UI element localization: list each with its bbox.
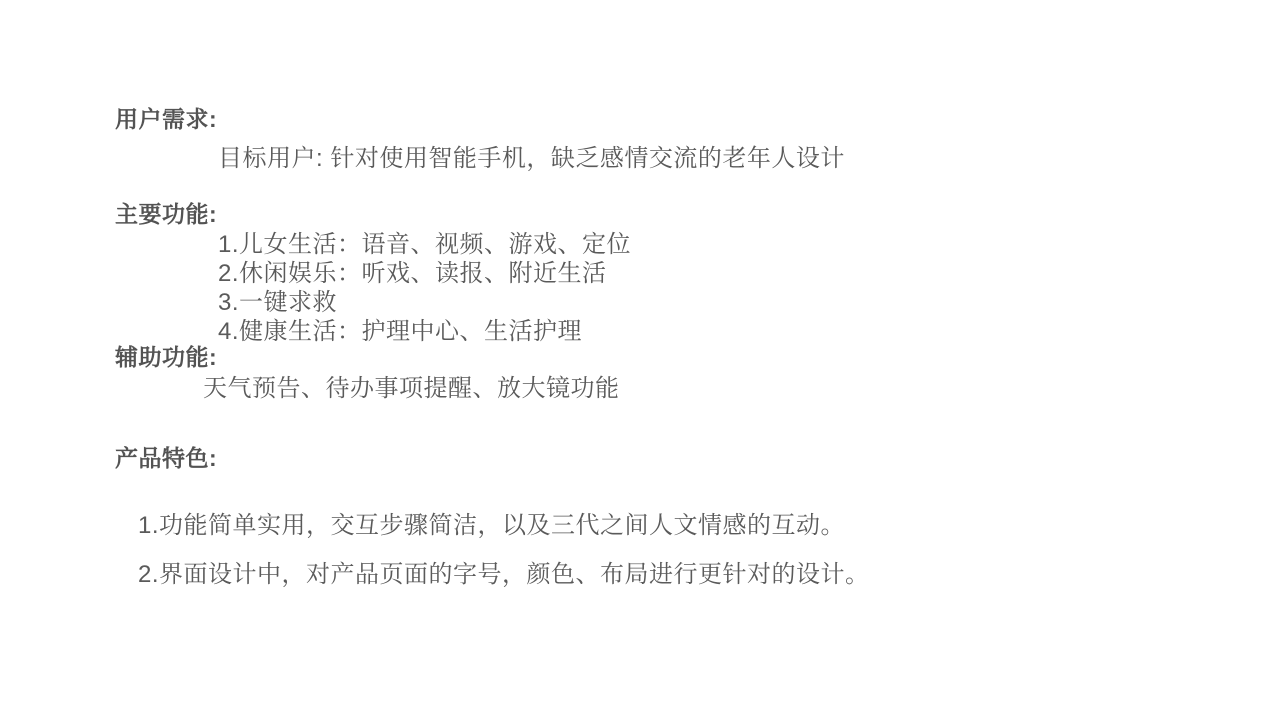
- section-heading-auxiliary-functions: 辅助功能:: [115, 339, 217, 372]
- section-heading-product-features: 产品特色:: [115, 440, 217, 473]
- product-feature-item-1: 1.功能简单实用，交互步骤简洁，以及三代之间人文情感的互动。: [138, 505, 845, 540]
- slide-canvas: 用户需求: 目标用户: 针对使用智能手机，缺乏感情交流的老年人设计 主要功能: …: [0, 0, 1280, 720]
- product-feature-item-2: 2.界面设计中，对产品页面的字号，颜色、布局进行更针对的设计。: [138, 554, 870, 589]
- section-heading-user-needs: 用户需求:: [115, 101, 217, 134]
- main-function-item-4: 4.健康生活：护理中心、生活护理: [218, 311, 582, 346]
- section-heading-main-functions: 主要功能:: [115, 196, 217, 229]
- auxiliary-functions-line: 天气预告、待办事项提醒、放大镜功能: [203, 368, 620, 403]
- user-needs-target-user-line: 目标用户: 针对使用智能手机，缺乏感情交流的老年人设计: [218, 138, 845, 173]
